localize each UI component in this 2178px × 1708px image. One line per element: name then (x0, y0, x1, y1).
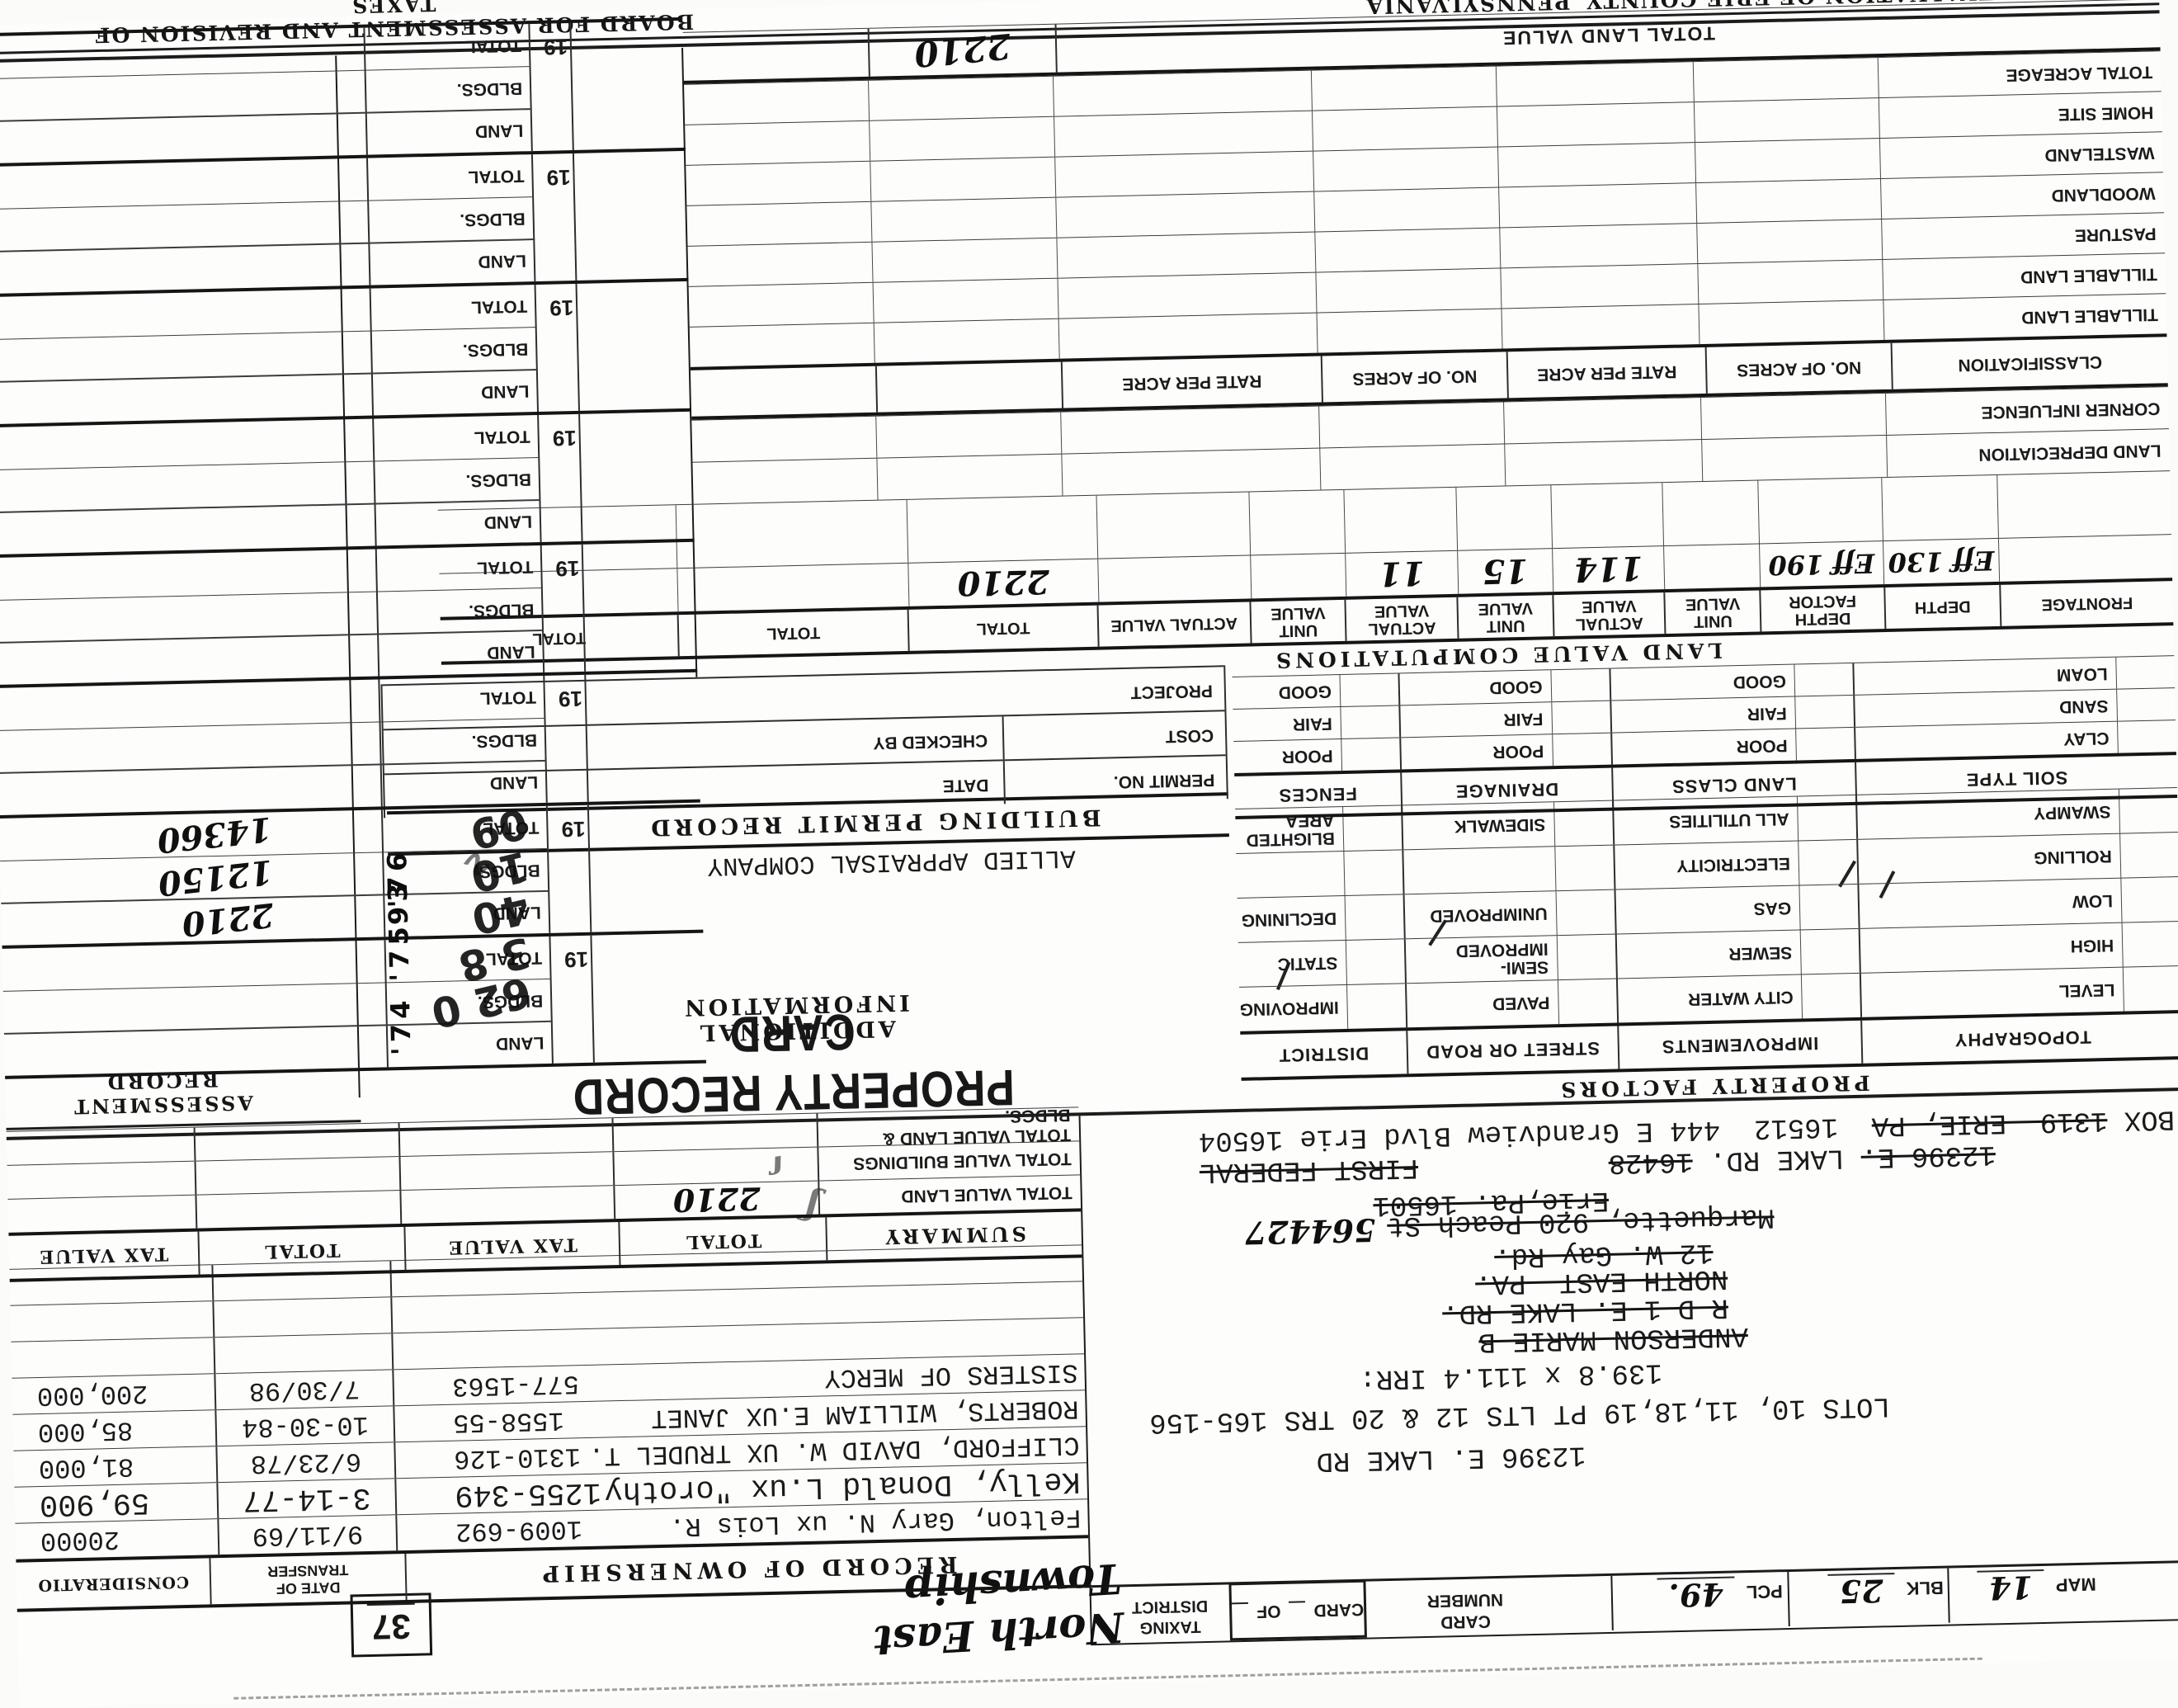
rule (372, 419, 376, 546)
assessment-block: 19LAND221040BLDGS.1215010TOTAL143600993 (0, 800, 703, 946)
pcl-label: PCL (1746, 1575, 1783, 1602)
land-cell (689, 283, 874, 327)
lvc-col-header: TOTAL (679, 610, 910, 656)
classification-col-header: RATE PER ACRE (1063, 356, 1323, 408)
description-line: Erie,Pa. 16501 (1373, 1184, 1609, 1220)
description-text: LAKE RD. (1692, 1141, 1861, 1177)
soil-group: FAIR (1400, 701, 1611, 738)
card-number-line2: NUMBER (1412, 1588, 1520, 1611)
assessment-block: 19LANDBLDGS.TOTAL (0, 408, 695, 554)
consideration-cell (11, 1338, 215, 1378)
date-l2: TRANSFER (267, 1561, 348, 1580)
assessment-row-label: TOTAL (474, 427, 530, 448)
soil-col-header: LAND CLASS (1613, 762, 1857, 808)
land-cell (1699, 300, 1884, 344)
land-cell (1497, 102, 1695, 146)
factor-option: LOW (1859, 879, 2121, 928)
summary-value-cell (7, 1162, 197, 1199)
card-number-line1: CARD (1412, 1609, 1520, 1633)
land-pre-label: CORNER INFLUENCE (1886, 387, 2169, 435)
assessment-year-prefix: 19 (544, 34, 568, 60)
permit-left-label: PROJECT (1130, 681, 1213, 702)
check-cell (1554, 846, 1614, 891)
assessment-block: 19LANDBLDGS.TOTAL (0, 278, 691, 424)
soil-option: GOOD (1610, 665, 1794, 701)
check-cell (1794, 696, 1854, 729)
pcl-field: PCL 49. (1657, 1575, 1783, 1627)
land-cell (877, 455, 1063, 500)
handwritten-suffix: 564427 (1244, 1211, 1376, 1252)
land-cell (1313, 107, 1498, 151)
factor-option: LEVEL (1861, 968, 2124, 1017)
transfer-date-cell: 3-14-77 (218, 1479, 398, 1518)
land-cell (1317, 268, 1502, 312)
assessment-row-label: LAND (478, 250, 526, 271)
rule (582, 545, 586, 672)
land-cell (1056, 192, 1315, 238)
rule (0, 587, 543, 602)
assessment-row-label: TOTAL (477, 557, 534, 578)
consideration-cell: 81,000 (13, 1446, 218, 1487)
stamped-years: 93 (382, 878, 414, 925)
rule (546, 806, 550, 933)
land-cell (1500, 224, 1698, 267)
land-cell (1502, 304, 1700, 348)
factors-group: IMPROVING (1239, 984, 1407, 1031)
transfer-date-cell: 9/11/69 (219, 1515, 398, 1555)
lvc-cell (1098, 555, 1252, 602)
assessment-row-label: BLDGS. (456, 78, 522, 99)
check-cell (1551, 701, 1610, 734)
rule (0, 369, 538, 383)
check-cell (2116, 688, 2176, 721)
check-cell (1556, 935, 1615, 980)
assessment-row-label: BLDGS. (471, 729, 537, 751)
handwritten-value: 15 (1482, 551, 1529, 591)
lvc-cell (1997, 471, 2171, 538)
transfer-date-cell (214, 1333, 394, 1373)
map-label: MAP (2055, 1569, 2096, 1596)
rule (0, 108, 532, 122)
soil-option: GOOD (1233, 675, 1341, 709)
classification-col-header: RATE PER ACRE (1508, 347, 1708, 398)
rule (1947, 1569, 1949, 1623)
assessment-block: 19LANDBLDGS.TOTAL (0, 539, 697, 685)
soil-group: GOOD (1233, 673, 1401, 709)
factor-option: PAVED (1407, 980, 1558, 1027)
lvc-col-header: UNIT VALUE (1666, 590, 1762, 634)
lvc-col-header: TOTAL (909, 606, 1100, 651)
factors-group: DECLINING (1237, 894, 1406, 942)
description-line: FIRST FEDERAL (1199, 1151, 1418, 1187)
check-cell (1555, 890, 1615, 936)
taxing-line2: DISTRICT (1116, 1595, 1224, 1618)
assessment-row-label: TOTAL (468, 166, 525, 187)
summary-value-cell (400, 1118, 614, 1156)
deed-book-page: 1009-692 (455, 1513, 582, 1546)
summary-value-cell: 2210 (615, 1182, 820, 1220)
assessment-row-label: BLDGS. (465, 469, 531, 490)
summary-row-label: TOTAL VALUE LAND & BLDGS. (818, 1107, 1080, 1146)
factors-group: PAVED (1407, 979, 1619, 1028)
land-cell (1498, 143, 1696, 186)
soil-option: LOAM (1854, 658, 2116, 695)
land-cell (1055, 152, 1314, 197)
check-cell (2120, 877, 2178, 922)
factors-group: LEVEL (1861, 966, 2178, 1017)
land-cell (1695, 139, 1881, 182)
map-field: MAP 14 (1978, 1569, 2097, 1621)
summary-title-cell: SUMMARY (827, 1211, 1082, 1260)
lvc-cell: Eff 190 (1760, 541, 1884, 587)
card-edge-dashes (233, 1658, 1982, 1683)
lvc-cell (1999, 535, 2172, 582)
soil-group: GOOD (1610, 663, 1855, 701)
land-cell (690, 323, 875, 367)
land-cell (1313, 148, 1499, 191)
check-cell (1795, 728, 1855, 761)
blank-line (1232, 1602, 1249, 1621)
land-cell (870, 117, 1055, 161)
lvc-cell: 2210 (908, 559, 1099, 606)
factors-group (1236, 850, 1404, 898)
land-cell (1054, 111, 1313, 157)
summary-value-cell (7, 1128, 196, 1165)
card-no-value: 37 (366, 1602, 416, 1647)
factors-group: ROLLING (1858, 833, 2178, 884)
classification-col-header (876, 362, 1063, 413)
assessment-row-label: BLDGS. (469, 599, 535, 620)
check-cell (1340, 705, 1399, 738)
land-cell (876, 413, 1062, 458)
handwritten-value: 2210 (672, 1181, 761, 1220)
check-cell (1341, 738, 1400, 771)
soil-group: POOR (1401, 734, 1612, 770)
classification-col-header: CLASSIFICATION (1893, 337, 2168, 389)
land-cell (691, 417, 877, 462)
soil-group: FAIR (1233, 705, 1401, 741)
transfer-date-cell: 10-30-84 (216, 1406, 396, 1446)
summary-col-header: TAX VALUE (405, 1222, 621, 1270)
rule (0, 196, 534, 210)
rule (0, 630, 544, 644)
land-cell (1696, 179, 1882, 223)
check-cell (1558, 979, 1617, 1025)
rule (0, 499, 540, 513)
rule (375, 549, 379, 676)
deed-book-page: 1558-55 (453, 1405, 564, 1438)
lvc-cell (1249, 490, 1346, 555)
soil-option: POOR (1401, 734, 1552, 769)
rule (0, 457, 540, 471)
rule (576, 284, 580, 411)
summary-row-label: TOTAL VALUE LAND (820, 1175, 1082, 1214)
description-text: 1319 ERIE, PA (1871, 1104, 2107, 1140)
assessment-year-prefix: 19 (552, 425, 577, 451)
rule (540, 545, 544, 672)
permit-right-label: DATE (943, 775, 989, 795)
owner-name: ROBERTS, WILLIAM E.UX JANET (651, 1393, 1079, 1433)
land-cell (692, 459, 878, 504)
soil-option: POOR (1233, 739, 1341, 773)
description-text: 12396 E. LAKE RD (1316, 1439, 1586, 1476)
factor-option (1236, 852, 1344, 898)
soil-col-header: DRAINAGE (1402, 768, 1614, 813)
land-class-label: PASTURE (1882, 213, 2165, 259)
description-text: 12396 E. (1860, 1138, 1996, 1172)
factors-col-header: DISTRICT (1240, 1031, 1408, 1078)
description-text: 16428 (1608, 1145, 1693, 1178)
land-cell (874, 279, 1059, 323)
land-cell (686, 162, 871, 205)
assessment-year-prefix: 19 (549, 295, 574, 321)
soil-option: GOOD (1399, 670, 1550, 705)
land-cell (1505, 440, 1703, 485)
lvc-cell (1664, 544, 1761, 589)
rule (370, 289, 374, 416)
land-class-label: HOME SITE (1879, 92, 2162, 138)
soil-group: POOR (1612, 728, 1856, 765)
lvc-col-header: ACTUAL VALUE (1553, 592, 1666, 636)
consideration-cell: 20000 (15, 1519, 219, 1559)
card-of-of-label: OF (1256, 1601, 1281, 1621)
description-text: LOTS 10, 11,18,19 PT LTS 12 & 20 TRS 165… (1149, 1390, 1890, 1437)
description-text: BOX (2107, 1102, 2175, 1135)
assessment-row-label: BLDGS. (463, 338, 529, 360)
soil-option: POOR (1612, 729, 1796, 765)
land-pre-label: LAND DEPRECIATION (1887, 429, 2170, 477)
handwritten-value: 2210 (957, 563, 1049, 604)
assessment-year-prefix: 19 (564, 946, 589, 973)
transfer-date-cell: 6/23/78 (217, 1442, 397, 1482)
rule (0, 66, 531, 80)
description-text: Erie,Pa. 16501 (1373, 1184, 1609, 1220)
assessment-row-label: LAND (496, 1032, 544, 1053)
transfer-date-cell: 7/30/98 (215, 1370, 395, 1409)
factor-option: GAS (1615, 885, 1800, 933)
summary-col-header: TOTAL (199, 1227, 407, 1275)
handwritten-value: Eff 190 (1768, 547, 1875, 581)
factor-option: ELECTRICITY (1615, 842, 1799, 889)
lvc-cell (1758, 478, 1883, 543)
factor-option: UNIMPROVED (1404, 891, 1556, 938)
summary-value-cell (196, 1157, 401, 1195)
land-cell (1504, 398, 1702, 443)
land-cell (686, 202, 872, 246)
land-class-label: TILLABLE LAND (1883, 253, 2166, 300)
check-cell (1343, 850, 1402, 895)
assessment-row-label: LAND (490, 771, 539, 792)
summary-value-cell (402, 1186, 615, 1224)
land-cell (685, 121, 870, 165)
factor-option (1403, 847, 1555, 894)
permit-divider (1002, 716, 1005, 759)
lvc-cell (1456, 485, 1553, 550)
summary-value-cell (613, 1114, 818, 1152)
lvc-cell: 11 (1346, 551, 1458, 597)
consideration-cell: 59,900 (14, 1483, 219, 1523)
factors-col-header: TOPOGRAPHY (1862, 1013, 2178, 1064)
land-cell (1058, 273, 1317, 318)
classification-col-header (691, 366, 878, 417)
check-cell (2115, 656, 2175, 689)
description-text: FIRST FEDERAL (1199, 1151, 1418, 1187)
land-cell (870, 158, 1056, 201)
summary-table: SUMMARYTOTALTAX VALUETOTALTAX VALUETOTAL… (7, 1106, 1082, 1281)
land-class-label: WASTELAND (1880, 132, 2163, 178)
lvc-cell (1251, 554, 1347, 599)
assessment-year-prefix: 19 (561, 816, 586, 842)
lvc-cell (907, 496, 1098, 563)
land-cell (1320, 444, 1506, 489)
soil-table: SOIL TYPELAND CLASSDRAINAGEFENCESCLAYPOO… (1233, 655, 2178, 819)
permit-left-label: PERMIT NO. (1114, 770, 1215, 792)
factor-option: CITY WATER (1618, 974, 1803, 1022)
land-cell (1501, 264, 1699, 308)
check-cell (2119, 833, 2178, 878)
factor-option: IMPROVING (1239, 985, 1347, 1031)
assessment-block: 19LANDBLDGS.TOTAL (0, 669, 700, 815)
factors-group: SEMI- IMPROVED (1406, 935, 1618, 984)
card-of-box: CARD OF (1228, 1580, 1367, 1641)
consideration-cell (10, 1301, 214, 1342)
check-cell (2117, 720, 2176, 753)
factor-option: STATIC (1238, 941, 1346, 987)
card-of-card-label: CARD (1313, 1599, 1364, 1620)
land-cell (1062, 449, 1321, 496)
deed-book-page: 1255-349 (455, 1474, 602, 1512)
lvc-col-header: DEPTH FACTOR (1761, 587, 1887, 631)
rule (543, 676, 547, 803)
assessment-year-prefix: 19 (546, 164, 571, 191)
check-cell (2123, 966, 2178, 1012)
rule (0, 327, 537, 341)
assessment-row-label: LAND (483, 511, 532, 531)
land-cell (1059, 314, 1318, 359)
factors-group (1403, 846, 1615, 894)
factor-option: ROLLING (1858, 834, 2120, 884)
blank-line (1289, 1601, 1306, 1619)
summary-value-cell (614, 1148, 819, 1186)
factors-group: GAS (1615, 885, 1860, 934)
lvc-cell: 15 (1458, 549, 1554, 594)
rule (584, 675, 588, 802)
rule (590, 936, 594, 1063)
factors-group: CITY WATER (1618, 974, 1863, 1023)
summary-value-cell (196, 1191, 402, 1229)
date-l1: DATE OF (276, 1578, 341, 1597)
land-cell (874, 319, 1060, 363)
land-cell (871, 198, 1057, 242)
factors-group: UNIMPROVED (1404, 890, 1616, 939)
summary-col-header: TOTAL (620, 1217, 828, 1265)
soil-option: FAIR (1611, 697, 1795, 733)
assessment-row-label: TOTAL (471, 296, 528, 318)
description-line: LOTS 10, 11,18,19 PT LTS 12 & 20 TRS 165… (1149, 1390, 1890, 1437)
lvc-cell (1882, 475, 1999, 540)
owner-name: SISTERS OF MERCY (824, 1356, 1078, 1393)
lvc-cell (676, 500, 908, 568)
assessment-row-label: BLDGS. (460, 208, 526, 229)
assessment-block: 19LANDBLDGS.62 0TOTAL3 8'74 '75 '76 (2, 930, 706, 1076)
lvc-cell (1551, 483, 1664, 548)
date-of-transfer-header: DATE OFTRANSFER (211, 1554, 407, 1604)
soil-option: CLAY (1855, 722, 2118, 759)
taxing-district-label: TAXING DISTRICT (1116, 1595, 1224, 1639)
factors-group: SEWER (1616, 929, 1861, 979)
rule (0, 238, 535, 252)
land-class-label: TILLABLE LAND (1883, 294, 2166, 340)
assessment-row-label: TOTAL (480, 687, 537, 709)
check-cell (1800, 929, 1860, 974)
consideration-header: CONSIDERATIO (16, 1558, 211, 1608)
land-cell (1701, 394, 1887, 439)
factors-col-header: IMPROVEMENTS (1619, 1021, 1864, 1069)
summary-value-cell (195, 1123, 400, 1161)
permit-right-label: CHECKED BY (873, 730, 988, 753)
factor-option: SEMI- IMPROVED (1406, 936, 1558, 983)
summary-col-header: TAX VALUE (8, 1232, 200, 1279)
total-land-value-cell: 2210 (870, 25, 1058, 77)
lvc-col-header: ACTUAL VALUE (1098, 602, 1252, 646)
factors-group: STATIC (1238, 939, 1407, 987)
rule (528, 24, 532, 151)
lvc-col-header: DEPTH (1885, 585, 2002, 629)
factor-option: SEWER (1616, 930, 1801, 978)
summary-value-cell (8, 1196, 198, 1233)
land-cell (1061, 407, 1320, 454)
lvc-cell (678, 564, 910, 611)
deed-book-page: 1310-126 (454, 1441, 581, 1474)
soil-col-header: FENCES (1234, 772, 1402, 816)
assessment-block: 19LANDBLDGS.TOTAL (0, 148, 688, 294)
land-cell (869, 77, 1054, 120)
lvc-cell (1663, 480, 1760, 545)
lvc-cell: 114 (1553, 546, 1665, 592)
land-cell (1697, 219, 1883, 263)
factors-group: HIGH (1860, 922, 2178, 973)
check-cell (1794, 663, 1853, 696)
land-cell (1695, 98, 1880, 142)
land-cell (688, 243, 874, 286)
check-cell (1339, 673, 1398, 706)
land-cell (684, 81, 870, 125)
consideration-cell: 200,000 (12, 1374, 216, 1414)
soil-group: GOOD (1399, 669, 1610, 705)
land-cell (1698, 260, 1883, 304)
land-classification-table: LAND DEPRECIATIONCORNER INFLUENCECLASSIF… (683, 0, 2171, 504)
description-line: 139.8 x 111.4 IRR: (1359, 1356, 1662, 1394)
handwritten-assessment-value: 2210 (180, 895, 276, 944)
handwritten-value: 2210 (912, 26, 1012, 75)
land-cell (1057, 233, 1316, 278)
summary-value-cell (401, 1152, 615, 1190)
lvc-col-header: FRONTAGE (2001, 581, 2173, 626)
handwritten-value: 11 (1379, 554, 1426, 593)
factor-option: DECLINING (1237, 896, 1346, 942)
check-cell (1345, 894, 1404, 940)
check-cell (1798, 840, 1857, 885)
property-factors-table: TOPOGRAPHYIMPROVEMENTSSTREET OR ROADDIST… (1235, 787, 2178, 1081)
land-cell (1315, 229, 1501, 272)
soil-group: POOR (1233, 738, 1402, 773)
lvc-col-header: ACTUAL VALUE (1346, 597, 1459, 641)
consideration-cell: 85,000 (12, 1410, 217, 1451)
rule (535, 285, 539, 412)
factors-group: LOW (1859, 877, 2178, 928)
soil-option: FAIR (1400, 702, 1551, 737)
land-class-label: WOODLAND (1881, 172, 2164, 219)
